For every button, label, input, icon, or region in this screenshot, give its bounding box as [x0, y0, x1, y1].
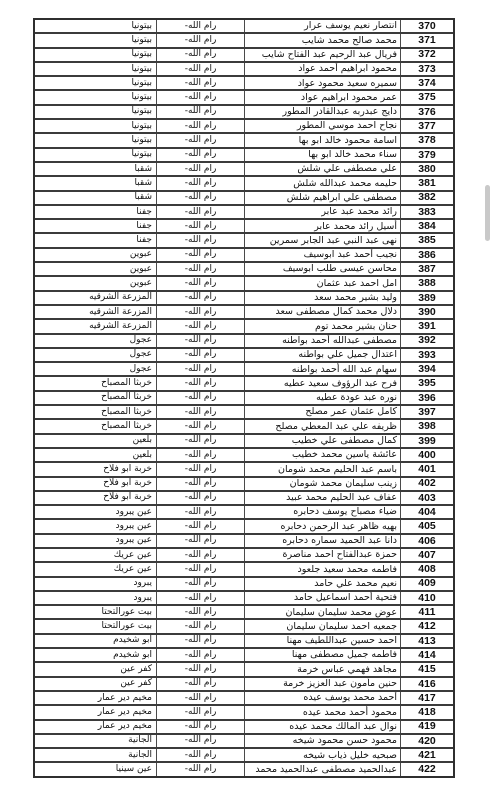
district-cell: رام الله-: [157, 692, 245, 704]
district-cell: رام الله-: [157, 63, 245, 75]
table-row: 375 عمر محمود ابراهيم عواد رام الله- بيت…: [35, 91, 453, 105]
district-cell: رام الله-: [157, 249, 245, 261]
table-row: 392 مصطفى عبدالله أحمد بواطنه رام الله- …: [35, 335, 453, 349]
table-row: 397 كامل عثمان عمر مصلح رام الله- خربثا …: [35, 406, 453, 420]
locality-cell: عين يبرود: [35, 506, 157, 518]
table-row: 418 محمود أحمد محمد عيده رام الله- مخيم …: [35, 706, 453, 720]
table-row: 377 نجاح احمد موسي المطور رام الله- بيتو…: [35, 120, 453, 134]
locality-cell: بيتونيا: [35, 120, 157, 132]
district-cell: رام الله-: [157, 749, 245, 761]
district-cell: رام الله-: [157, 706, 245, 718]
person-name-cell: بهيه ظاهر عبد الرحمن دحابره: [245, 520, 401, 532]
district-cell: رام الله-: [157, 449, 245, 461]
table-row: 410 فتحية أحمد اسماعيل حامد رام الله- يب…: [35, 592, 453, 606]
person-name-cell: وليد بشير محمد سعد: [245, 292, 401, 304]
district-cell: رام الله-: [157, 120, 245, 132]
table-row: 404 ضياء مصباح يوسف دحابره رام الله- عين…: [35, 506, 453, 520]
table-row: 399 كمال مصطفى علي خطيب رام الله- بلعين: [35, 435, 453, 449]
table-row: 406 دانا عبد الحميد سماره دحابره رام الل…: [35, 535, 453, 549]
locality-cell: خربة ابو فلاح: [35, 492, 157, 504]
row-number-cell: 396: [401, 392, 453, 404]
person-name-cell: باسم عبد الحليم محمد شومان: [245, 463, 401, 475]
row-number-cell: 405: [401, 520, 453, 532]
table-row: 412 جمعيه احمد سليمان سليمان رام الله- ب…: [35, 620, 453, 634]
person-name-cell: حنين مأمون عبد العزيز خرمة: [245, 678, 401, 690]
locality-cell: بيتونيا: [35, 77, 157, 89]
locality-cell: بيتونيا: [35, 91, 157, 103]
row-number-cell: 381: [401, 177, 453, 189]
table-row: 409 نعيم محمد علي حامد رام الله- يبرود: [35, 578, 453, 592]
row-number-cell: 416: [401, 678, 453, 690]
person-name-cell: رائد محمد عبد عابر: [245, 206, 401, 218]
person-name-cell: فتحية أحمد اسماعيل حامد: [245, 592, 401, 604]
locality-cell: الجانية: [35, 749, 157, 761]
row-number-cell: 395: [401, 377, 453, 389]
district-cell: رام الله-: [157, 478, 245, 490]
locality-cell: بيتونيا: [35, 20, 157, 32]
locality-cell: يبرود: [35, 592, 157, 604]
person-name-cell: ضياء مصباح يوسف دحابره: [245, 506, 401, 518]
locality-cell: جفنا: [35, 220, 157, 232]
table-row: 400 عائشة ياسين محمد خطيب رام الله- بلعي…: [35, 449, 453, 463]
district-cell: رام الله-: [157, 420, 245, 432]
district-cell: رام الله-: [157, 335, 245, 347]
district-cell: رام الله-: [157, 406, 245, 418]
scrollbar-thumb[interactable]: [485, 185, 490, 241]
table-row: 420 محمود حسن محمود شيخه رام الله- الجان…: [35, 735, 453, 749]
locality-cell: كفر عين: [35, 678, 157, 690]
locality-cell: مخيم دير عمار: [35, 706, 157, 718]
person-name-cell: عمر محمود ابراهيم عواد: [245, 91, 401, 103]
row-number-cell: 415: [401, 663, 453, 675]
locality-cell: بيتونيا: [35, 134, 157, 146]
table-row: 391 حنان بشير محمد توم رام الله- المزرعة…: [35, 320, 453, 334]
person-name-cell: محمود ابراهيم أحمد عواد: [245, 63, 401, 75]
row-number-cell: 374: [401, 77, 453, 89]
row-number-cell: 384: [401, 220, 453, 232]
locality-cell: بلعين: [35, 449, 157, 461]
person-name-cell: نوره عبد عودة عطيه: [245, 392, 401, 404]
locality-cell: المزرعة الشرقيه: [35, 306, 157, 318]
district-cell: رام الله-: [157, 763, 245, 775]
table-row: 376 دايج عبدربه عبدالقادر المطور رام الل…: [35, 106, 453, 120]
table-row: 390 دلال محمد كمال مصطفى سعد رام الله- ا…: [35, 306, 453, 320]
district-cell: رام الله-: [157, 363, 245, 375]
district-cell: رام الله-: [157, 49, 245, 61]
row-number-cell: 394: [401, 363, 453, 375]
district-cell: رام الله-: [157, 663, 245, 675]
district-cell: رام الله-: [157, 520, 245, 532]
person-name-cell: حنان بشير محمد توم: [245, 320, 401, 332]
locality-cell: عين يبرود: [35, 520, 157, 532]
district-cell: رام الله-: [157, 506, 245, 518]
district-cell: رام الله-: [157, 620, 245, 632]
district-cell: رام الله-: [157, 492, 245, 504]
district-cell: رام الله-: [157, 206, 245, 218]
row-number-cell: 414: [401, 649, 453, 661]
locality-cell: بيت عورالتحتا: [35, 606, 157, 618]
table-row: 417 أحمد محمد يوسف عيده رام الله- مخيم د…: [35, 692, 453, 706]
row-number-cell: 373: [401, 63, 453, 75]
locality-cell: الجانية: [35, 735, 157, 747]
row-number-cell: 376: [401, 106, 453, 118]
row-number-cell: 385: [401, 234, 453, 246]
person-name-cell: عبدالحميد مصطفى عبدالحميد محمد: [245, 763, 401, 775]
table-row: 396 نوره عبد عودة عطيه رام الله- خربثا ا…: [35, 392, 453, 406]
person-name-cell: مجاهد فهمي عباس خرمة: [245, 663, 401, 675]
row-number-cell: 413: [401, 635, 453, 647]
district-cell: رام الله-: [157, 678, 245, 690]
locality-cell: بيت عورالتحتا: [35, 620, 157, 632]
row-number-cell: 400: [401, 449, 453, 461]
person-name-cell: نجاح احمد موسي المطور: [245, 120, 401, 132]
table-row: 394 سهام عبد الله أحمد بواطنه رام الله- …: [35, 363, 453, 377]
locality-cell: خربثا المصباح: [35, 392, 157, 404]
person-name-cell: حمزة عبدالفتاح احمد مناصرة: [245, 549, 401, 561]
person-name-cell: ظريفه علي عبد المعطي مصلح: [245, 420, 401, 432]
row-number-cell: 403: [401, 492, 453, 504]
names-registry-table: 370 انتصار نعيم يوسف عرار رام الله- بيتو…: [33, 18, 455, 778]
person-name-cell: علي مصطفى علي شلش: [245, 163, 401, 175]
locality-cell: خربثا المصباح: [35, 377, 157, 389]
row-number-cell: 404: [401, 506, 453, 518]
locality-cell: جفنا: [35, 234, 157, 246]
row-number-cell: 417: [401, 692, 453, 704]
person-name-cell: أحمد محمد يوسف عيده: [245, 692, 401, 704]
table-row: 408 فاطمه محمد سعيد جلعود رام الله- عين …: [35, 563, 453, 577]
district-cell: رام الله-: [157, 163, 245, 175]
row-number-cell: 389: [401, 292, 453, 304]
row-number-cell: 418: [401, 706, 453, 718]
table-row: 422 عبدالحميد مصطفى عبدالحميد محمد رام ا…: [35, 763, 453, 775]
district-cell: رام الله-: [157, 563, 245, 575]
person-name-cell: مصطفى علي ابراهيم شلش: [245, 192, 401, 204]
district-cell: رام الله-: [157, 277, 245, 289]
locality-cell: عجول: [35, 335, 157, 347]
person-name-cell: محاسن عيسى طلب ابوسيف: [245, 263, 401, 275]
person-name-cell: نوال عبد المالك محمد عيده: [245, 721, 401, 733]
person-name-cell: دايج عبدربه عبدالقادر المطور: [245, 106, 401, 118]
locality-cell: مخيم دير عمار: [35, 721, 157, 733]
row-number-cell: 402: [401, 478, 453, 490]
district-cell: رام الله-: [157, 578, 245, 590]
row-number-cell: 399: [401, 435, 453, 447]
table-row: 383 رائد محمد عبد عابر رام الله- جفنا: [35, 206, 453, 220]
row-number-cell: 377: [401, 120, 453, 132]
person-name-cell: دانا عبد الحميد سماره دحابره: [245, 535, 401, 547]
row-number-cell: 380: [401, 163, 453, 175]
person-name-cell: نهى عبد النبي عبد الجابر سمرين: [245, 234, 401, 246]
person-name-cell: احمد حسين عبداللطيف مهنا: [245, 635, 401, 647]
row-number-cell: 379: [401, 149, 453, 161]
locality-cell: عين سينيا: [35, 763, 157, 775]
locality-cell: شقبا: [35, 163, 157, 175]
row-number-cell: 401: [401, 463, 453, 475]
row-number-cell: 419: [401, 721, 453, 733]
person-name-cell: امل احمد عبد عثمان: [245, 277, 401, 289]
table-row: 415 مجاهد فهمي عباس خرمة رام الله- كفر ع…: [35, 663, 453, 677]
page: { "page": { "background": "#ffffff", "te…: [0, 0, 504, 800]
person-name-cell: جمعيه احمد سليمان سليمان: [245, 620, 401, 632]
table-row: 398 ظريفه علي عبد المعطي مصلح رام الله- …: [35, 420, 453, 434]
table-row: 411 عوض محمد سليمان سليمان رام الله- بيت…: [35, 606, 453, 620]
locality-cell: عين عريك: [35, 563, 157, 575]
district-cell: رام الله-: [157, 606, 245, 618]
district-cell: رام الله-: [157, 377, 245, 389]
person-name-cell: فرح عبد الرؤوف سعيد عطيه: [245, 377, 401, 389]
locality-cell: عجول: [35, 349, 157, 361]
person-name-cell: أسيل رائد محمد عابر: [245, 220, 401, 232]
locality-cell: كفر عين: [35, 663, 157, 675]
row-number-cell: 383: [401, 206, 453, 218]
person-name-cell: سهام عبد الله أحمد بواطنه: [245, 363, 401, 375]
person-name-cell: محمود أحمد محمد عيده: [245, 706, 401, 718]
locality-cell: بيتونيا: [35, 34, 157, 46]
row-number-cell: 382: [401, 192, 453, 204]
locality-cell: يبرود: [35, 578, 157, 590]
person-name-cell: مصطفى عبدالله أحمد بواطنه: [245, 335, 401, 347]
locality-cell: خربثا المصباح: [35, 420, 157, 432]
table-row: 373 محمود ابراهيم أحمد عواد رام الله- بي…: [35, 63, 453, 77]
row-number-cell: 371: [401, 34, 453, 46]
person-name-cell: اسامة محمود خالد ابو بها: [245, 134, 401, 146]
district-cell: رام الله-: [157, 263, 245, 275]
row-number-cell: 375: [401, 91, 453, 103]
district-cell: رام الله-: [157, 77, 245, 89]
district-cell: رام الله-: [157, 234, 245, 246]
row-number-cell: 410: [401, 592, 453, 604]
table-row: 421 صبحيه خليل ذياب شيخه رام الله- الجان…: [35, 749, 453, 763]
person-name-cell: زينب سليمان محمد شومان: [245, 478, 401, 490]
row-number-cell: 408: [401, 563, 453, 575]
locality-cell: شقبا: [35, 192, 157, 204]
district-cell: رام الله-: [157, 649, 245, 661]
district-cell: رام الله-: [157, 134, 245, 146]
person-name-cell: كامل عثمان عمر مصلح: [245, 406, 401, 418]
table-row: 374 سميره سعيد محمود عواد رام الله- بيتو…: [35, 77, 453, 91]
person-name-cell: اعتدال جميل علي بواطنه: [245, 349, 401, 361]
locality-cell: عين عريك: [35, 549, 157, 561]
district-cell: رام الله-: [157, 535, 245, 547]
row-number-cell: 386: [401, 249, 453, 261]
person-name-cell: كمال مصطفى علي خطيب: [245, 435, 401, 447]
district-cell: رام الله-: [157, 735, 245, 747]
row-number-cell: 390: [401, 306, 453, 318]
table-row: 389 وليد بشير محمد سعد رام الله- المزرعة…: [35, 292, 453, 306]
locality-cell: عبوين: [35, 249, 157, 261]
locality-cell: خربثا المصباح: [35, 406, 157, 418]
locality-cell: شقبا: [35, 177, 157, 189]
table-row: 379 سناء محمد خالد ابو بها رام الله- بيت…: [35, 149, 453, 163]
table-row: 407 حمزة عبدالفتاح احمد مناصرة رام الله-…: [35, 549, 453, 563]
row-number-cell: 412: [401, 620, 453, 632]
district-cell: رام الله-: [157, 149, 245, 161]
table-row: 385 نهى عبد النبي عبد الجابر سمرين رام ا…: [35, 234, 453, 248]
district-cell: رام الله-: [157, 635, 245, 647]
table-row: 382 مصطفى علي ابراهيم شلش رام الله- شقبا: [35, 192, 453, 206]
table-row: 384 أسيل رائد محمد عابر رام الله- جفنا: [35, 220, 453, 234]
row-number-cell: 409: [401, 578, 453, 590]
locality-cell: بلعين: [35, 435, 157, 447]
locality-cell: عجول: [35, 363, 157, 375]
person-name-cell: دلال محمد كمال مصطفى سعد: [245, 306, 401, 318]
district-cell: رام الله-: [157, 592, 245, 604]
locality-cell: عين يبرود: [35, 535, 157, 547]
table-row: 419 نوال عبد المالك محمد عيده رام الله- …: [35, 721, 453, 735]
table-row: 402 زينب سليمان محمد شومان رام الله- خرب…: [35, 478, 453, 492]
row-number-cell: 372: [401, 49, 453, 61]
district-cell: رام الله-: [157, 177, 245, 189]
locality-cell: خربة ابو فلاح: [35, 463, 157, 475]
row-number-cell: 370: [401, 20, 453, 32]
locality-cell: عبوين: [35, 263, 157, 275]
locality-cell: بيتونيا: [35, 106, 157, 118]
row-number-cell: 411: [401, 606, 453, 618]
person-name-cell: فريال عبد الرحيم عبد الفتاح شايب: [245, 49, 401, 61]
table-row: 405 بهيه ظاهر عبد الرحمن دحابره رام الله…: [35, 520, 453, 534]
locality-cell: بيتونيا: [35, 63, 157, 75]
district-cell: رام الله-: [157, 91, 245, 103]
row-number-cell: 407: [401, 549, 453, 561]
locality-cell: خربة ابو فلاح: [35, 478, 157, 490]
district-cell: رام الله-: [157, 721, 245, 733]
locality-cell: ابو شخيدم: [35, 649, 157, 661]
table-row: 393 اعتدال جميل علي بواطنه رام الله- عجو…: [35, 349, 453, 363]
district-cell: رام الله-: [157, 320, 245, 332]
district-cell: رام الله-: [157, 106, 245, 118]
table-row: 380 علي مصطفى علي شلش رام الله- شقبا: [35, 163, 453, 177]
person-name-cell: محمد صالح محمد شايب: [245, 34, 401, 46]
locality-cell: بيتونيا: [35, 149, 157, 161]
person-name-cell: عوض محمد سليمان سليمان: [245, 606, 401, 618]
person-name-cell: فاطمه محمد سعيد جلعود: [245, 563, 401, 575]
person-name-cell: محمود حسن محمود شيخه: [245, 735, 401, 747]
district-cell: رام الله-: [157, 192, 245, 204]
person-name-cell: صبحيه خليل ذياب شيخه: [245, 749, 401, 761]
row-number-cell: 378: [401, 134, 453, 146]
person-name-cell: عائشة ياسين محمد خطيب: [245, 449, 401, 461]
person-name-cell: فاطمه جميل مصطفى مهنا: [245, 649, 401, 661]
row-number-cell: 398: [401, 420, 453, 432]
row-number-cell: 421: [401, 749, 453, 761]
row-number-cell: 391: [401, 320, 453, 332]
person-name-cell: عفاف عبد الحليم محمد عبيد: [245, 492, 401, 504]
district-cell: رام الله-: [157, 220, 245, 232]
row-number-cell: 387: [401, 263, 453, 275]
table-row: 403 عفاف عبد الحليم محمد عبيد رام الله- …: [35, 492, 453, 506]
locality-cell: بيتونيا: [35, 49, 157, 61]
person-name-cell: سميره سعيد محمود عواد: [245, 77, 401, 89]
locality-cell: جفنا: [35, 206, 157, 218]
person-name-cell: نعيم محمد علي حامد: [245, 578, 401, 590]
row-number-cell: 420: [401, 735, 453, 747]
district-cell: رام الله-: [157, 435, 245, 447]
locality-cell: المزرعة الشرقيه: [35, 320, 157, 332]
table-row: 416 حنين مأمون عبد العزيز خرمة رام الله-…: [35, 678, 453, 692]
table-row: 370 انتصار نعيم يوسف عرار رام الله- بيتو…: [35, 20, 453, 34]
person-name-cell: انتصار نعيم يوسف عرار: [245, 20, 401, 32]
locality-cell: مخيم دير عمار: [35, 692, 157, 704]
district-cell: رام الله-: [157, 349, 245, 361]
table-row: 413 احمد حسين عبداللطيف مهنا رام الله- ا…: [35, 635, 453, 649]
district-cell: رام الله-: [157, 549, 245, 561]
district-cell: رام الله-: [157, 306, 245, 318]
table-row: 372 فريال عبد الرحيم عبد الفتاح شايب رام…: [35, 49, 453, 63]
district-cell: رام الله-: [157, 392, 245, 404]
person-name-cell: سناء محمد خالد ابو بها: [245, 149, 401, 161]
table-row: 388 امل احمد عبد عثمان رام الله- عبوين: [35, 277, 453, 291]
row-number-cell: 393: [401, 349, 453, 361]
district-cell: رام الله-: [157, 463, 245, 475]
table-row: 387 محاسن عيسى طلب ابوسيف رام الله- عبوي…: [35, 263, 453, 277]
table-row: 386 نجيب أحمد عبد ابوسيف رام الله- عبوين: [35, 249, 453, 263]
table-row: 401 باسم عبد الحليم محمد شومان رام الله-…: [35, 463, 453, 477]
row-number-cell: 406: [401, 535, 453, 547]
row-number-cell: 397: [401, 406, 453, 418]
person-name-cell: حليمه محمد عبدالله شلش: [245, 177, 401, 189]
table-row: 378 اسامة محمود خالد ابو بها رام الله- ب…: [35, 134, 453, 148]
row-number-cell: 388: [401, 277, 453, 289]
row-number-cell: 392: [401, 335, 453, 347]
district-cell: رام الله-: [157, 20, 245, 32]
table-row: 395 فرح عبد الرؤوف سعيد عطيه رام الله- خ…: [35, 377, 453, 391]
district-cell: رام الله-: [157, 292, 245, 304]
table-row: 371 محمد صالح محمد شايب رام الله- بيتوني…: [35, 34, 453, 48]
table-row: 414 فاطمه جميل مصطفى مهنا رام الله- ابو …: [35, 649, 453, 663]
row-number-cell: 422: [401, 763, 453, 775]
locality-cell: عبوين: [35, 277, 157, 289]
person-name-cell: نجيب أحمد عبد ابوسيف: [245, 249, 401, 261]
district-cell: رام الله-: [157, 34, 245, 46]
locality-cell: ابو شخيدم: [35, 635, 157, 647]
locality-cell: المزرعة الشرقيه: [35, 292, 157, 304]
table-row: 381 حليمه محمد عبدالله شلش رام الله- شقب…: [35, 177, 453, 191]
